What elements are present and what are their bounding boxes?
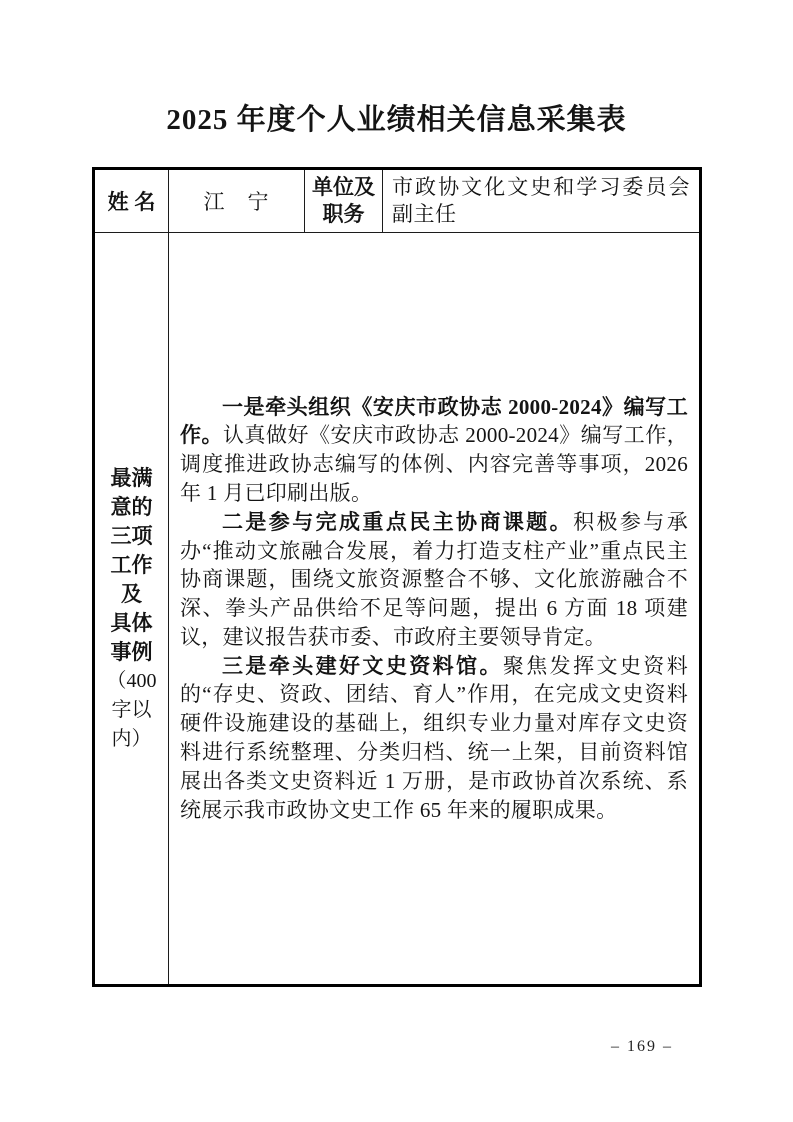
page-title: 2025 年度个人业绩相关信息采集表 — [0, 97, 793, 138]
section-label-line: 最满 — [111, 464, 153, 493]
name-value-cell: 江 宁 — [169, 170, 305, 233]
unit-position-value-cell: 市政协文化文史和学习委员会副主任 — [383, 170, 699, 233]
paragraph-1-body: 认真做好《安庆市政协志 2000-2024》编写工作，调度推进政协志编写的体例、… — [180, 423, 688, 505]
unit-label-line1: 单位及 — [312, 174, 375, 201]
section-label-line: 工作 — [111, 551, 153, 580]
section-label-cell: 最满 意的 三项 工作 及 具体 事例 （400 字以 内） — [95, 233, 169, 984]
paragraph-3-body: 聚焦发挥文史资料的“存史、资政、团结、育人”作用，在完成文史资料硬件设施建设的基… — [180, 654, 688, 822]
section-label-line: 及 — [121, 580, 142, 609]
section-label-line: （400 — [107, 667, 157, 696]
info-table: 姓 名 江 宁 单位及 职务 市政协文化文史和学习委员会副主任 最满 意的 三项… — [92, 167, 702, 987]
unit-position-label-cell: 单位及 职务 — [305, 170, 383, 233]
achievement-paragraph-1: 一是牵头组织《安庆市政协志 2000-2024》编写工作。认真做好《安庆市政协志… — [180, 393, 688, 508]
page-number: – 169 – — [611, 1038, 673, 1056]
achievement-paragraph-2: 二是参与完成重点民主协商课题。积极参与承办“推动文旅融合发展，着力打造支柱产业”… — [180, 508, 688, 652]
section-content-cell: 一是牵头组织《安庆市政协志 2000-2024》编写工作。认真做好《安庆市政协志… — [169, 233, 699, 984]
achievement-paragraph-3: 三是牵头建好文史资料馆。聚焦发挥文史资料的“存史、资政、团结、育人”作用，在完成… — [180, 652, 688, 825]
section-label-line: 具体 — [111, 609, 153, 638]
section-label-line: 事例 — [111, 638, 153, 667]
name-label-cell: 姓 名 — [95, 170, 169, 233]
section-label-line: 字以 — [112, 696, 152, 725]
unit-label-line2: 职务 — [323, 201, 365, 228]
paragraph-2-lead: 二是参与完成重点民主协商课题。 — [222, 510, 573, 534]
section-label-line: 三项 — [111, 522, 153, 551]
section-label-line: 意的 — [111, 493, 153, 522]
document-page: 2025 年度个人业绩相关信息采集表 姓 名 江 宁 单位及 职务 市政协文化文… — [0, 0, 793, 1122]
paragraph-3-lead: 三是牵头建好文史资料馆。 — [222, 654, 503, 678]
section-label-line: 内） — [112, 725, 152, 754]
